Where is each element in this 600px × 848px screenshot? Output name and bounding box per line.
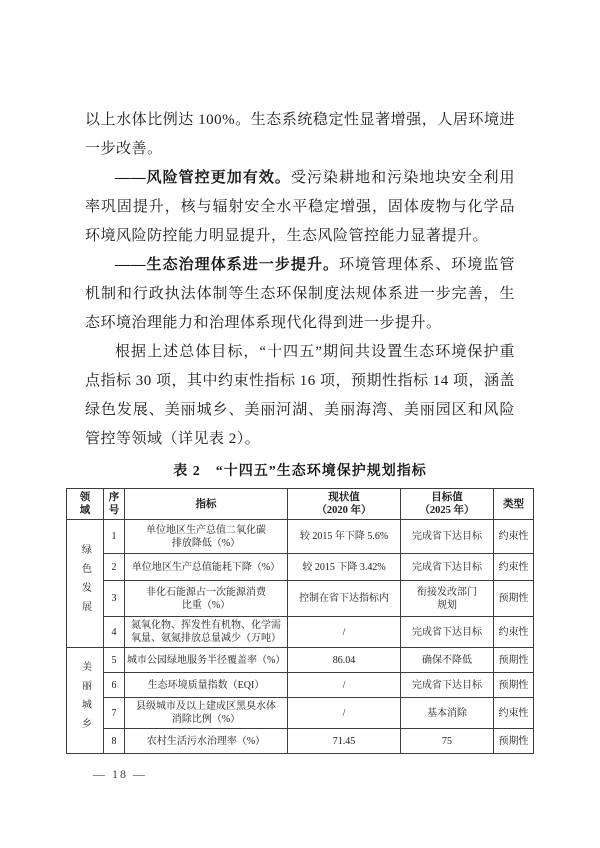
table-title: 表 2 “十四五”生态环境保护规划指标 [85,463,515,481]
paragraph-overall-targets: 根据上述总体目标，“十四五”期间共设置生态环境保护重点指标 30 项，其中约束性… [85,338,515,454]
header-current-value: 现状值 （2020 年） [288,489,401,520]
header-target-value: 目标值 （2025 年） [401,489,494,520]
cell-target: 完成省下达目标 [401,617,494,648]
cell-no: 3 [104,581,125,617]
cell-target: 确保不降低 [401,648,494,673]
cell-indicator: 县级城市及以上建成区黑臭水体 消除比例（%） [125,698,288,729]
table-row: 6 生态环境质量指数（EQI） / 完成省下达目标 预期性 [67,673,534,698]
cell-no: 6 [104,673,125,698]
domain-group-green-development: 绿色发展 [67,520,104,648]
cell-indicator: 非化石能源占一次能源消费 比重（%） [125,581,288,617]
cell-current: 较 2015 下降 3.42% [288,554,401,581]
table-row: 7 县级城市及以上建成区黑臭水体 消除比例（%） / 基本消除 约束性 [67,698,534,729]
cell-type: 约束性 [494,698,534,729]
domain-label: 绿色发展 [78,544,93,620]
indicator-table-wrapper: 领 域 序 号 指标 现状值 （2020 年） 目标值 （2025 年） 类型 … [66,488,534,754]
cell-type: 预期性 [494,673,534,698]
cell-current: 控制在省下达指标内 [288,581,401,617]
cell-target: 完成省下达目标 [401,673,494,698]
paragraph-eco-governance: ——生态治理体系进一步提升。环境管理体系、环境监管机制和行政执法体制等生态环保制… [85,251,515,338]
cell-no: 5 [104,648,125,673]
table-row: 3 非化石能源占一次能源消费 比重（%） 控制在省下达指标内 衔接发改部门 规划… [67,581,534,617]
header-domain: 领 域 [67,489,104,520]
domain-label: 美丽城乡 [78,661,93,737]
cell-no: 7 [104,698,125,729]
cell-current: 86.04 [288,648,401,673]
cell-current: 较 2015 年下降 5.6% [288,520,401,554]
table-header-row: 领 域 序 号 指标 现状值 （2020 年） 目标值 （2025 年） 类型 [67,489,534,520]
cell-current: / [288,673,401,698]
paragraph-water-bodies: 以上水体比例达 100%。生态系统稳定性显著增强，人居环境进一步改善。 [85,106,515,164]
table-row: 绿色发展 1 单位地区生产总值二氧化碳 排放降低（%） 较 2015 年下降 5… [67,520,534,554]
cell-target: 衔接发改部门 规划 [401,581,494,617]
document-page: 以上水体比例达 100%。生态系统稳定性显著增强，人居环境进一步改善。 ——风险… [0,0,600,848]
cell-type: 预期性 [494,729,534,754]
cell-indicator: 农村生活污水治理率（%） [125,729,288,754]
cell-current: 71.45 [288,729,401,754]
cell-indicator: 城市公园绿地服务半径覆盖率（%） [125,648,288,673]
cell-no: 4 [104,617,125,648]
cell-target: 完成省下达目标 [401,520,494,554]
cell-type: 约束性 [494,554,534,581]
cell-indicator: 氮氧化物、挥发性有机物、化学需 氧量、氨氮排放总量减少（万吨） [125,617,288,648]
domain-group-beautiful-urban-rural: 美丽城乡 [67,648,104,754]
table-row: 2 单位地区生产总值能耗下降（%） 较 2015 下降 3.42% 完成省下达目… [67,554,534,581]
table-row: 美丽城乡 5 城市公园绿地服务半径覆盖率（%） 86.04 确保不降低 预期性 [67,648,534,673]
cell-target: 基本消除 [401,698,494,729]
table-row: 8 农村生活污水治理率（%） 71.45 75 预期性 [67,729,534,754]
header-no: 序 号 [104,489,125,520]
cell-type: 预期性 [494,648,534,673]
cell-target: 75 [401,729,494,754]
header-indicator: 指标 [125,489,288,520]
indicator-table: 领 域 序 号 指标 现状值 （2020 年） 目标值 （2025 年） 类型 … [66,488,534,754]
cell-current: / [288,617,401,648]
table-row: 4 氮氧化物、挥发性有机物、化学需 氧量、氨氮排放总量减少（万吨） / 完成省下… [67,617,534,648]
cell-no: 1 [104,520,125,554]
paragraph-lead-risk-control: ——风险管控更加有效。 [115,170,291,186]
page-number: — 18 — [93,767,515,782]
cell-type: 约束性 [494,520,534,554]
header-type: 类型 [494,489,534,520]
cell-no: 8 [104,729,125,754]
cell-no: 2 [104,554,125,581]
cell-indicator: 单位地区生产总值能耗下降（%） [125,554,288,581]
paragraph-risk-control: ——风险管控更加有效。受污染耕地和污染地块安全利用率巩固提升，核与辐射安全水平稳… [85,164,515,251]
cell-indicator: 生态环境质量指数（EQI） [125,673,288,698]
cell-type: 约束性 [494,617,534,648]
cell-indicator: 单位地区生产总值二氧化碳 排放降低（%） [125,520,288,554]
cell-current: / [288,698,401,729]
paragraph-lead-eco-governance: ——生态治理体系进一步提升。 [115,257,339,273]
cell-target: 完成省下达目标 [401,554,494,581]
cell-type: 预期性 [494,581,534,617]
